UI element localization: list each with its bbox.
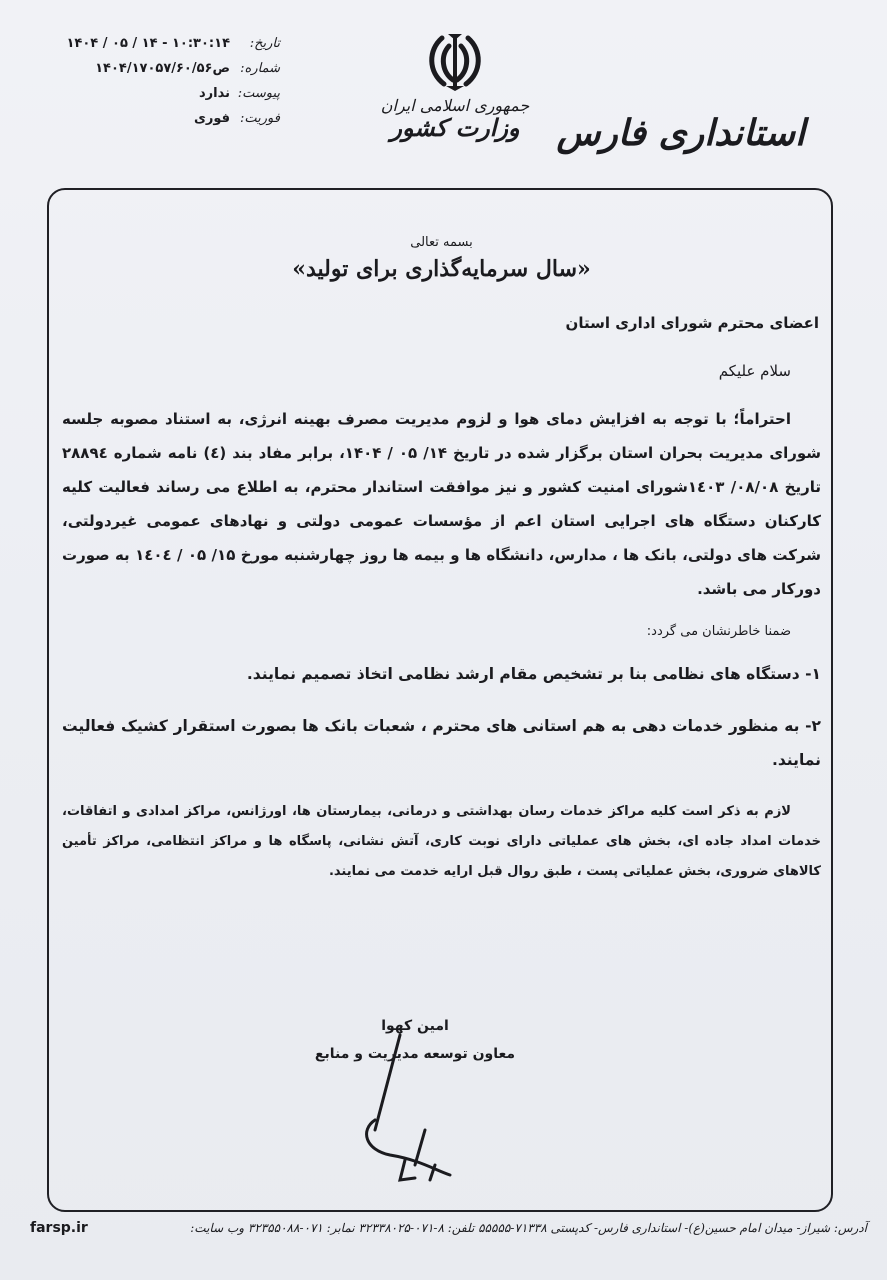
meta-date-value: ۱۴۰۴ / ۰۵ / ۱۴ - ۱۰:۳۰:۱۴ [66,36,230,51]
meta-number-label: شماره: [238,61,280,76]
invocation: بسمه تعالی [62,235,821,250]
letter-page: تاریخ: ۱۴۰۴ / ۰۵ / ۱۴ - ۱۰:۳۰:۱۴ شماره: … [0,0,887,1280]
meta-date-label: تاریخ: [238,36,280,51]
organization-title: استانداری فارس [556,112,805,154]
letter-footer: آدرس: شیراز- میدان امام حسین(ع)- استاندا… [30,1220,867,1236]
emblem-block: جمهوری اسلامی ایران وزارت کشور [380,28,530,142]
meta-attachment-value: ندارد [199,86,230,101]
meta-priority-value: فوری [194,111,230,126]
iran-emblem-icon [424,28,486,92]
letter-body: احتراماً؛ با توجه به افزایش دمای هوا و ل… [62,402,821,606]
meta-priority: فوریت: فوری [40,111,280,136]
meta-attachment: پیوست: ندارد [40,86,280,111]
footer-address: آدرس: شیراز- میدان امام حسین(ع)- استاندا… [190,1221,867,1235]
list-item: ۱- دستگاه های نظامی بنا بر تشخیص مقام ار… [62,657,821,691]
meta-priority-label: فوریت: [238,111,280,126]
addressee: اعضای محترم شورای اداری استان [62,314,819,332]
letter-note: لازم به ذکر است کلیه مراکز خدمات رسان به… [62,797,821,887]
letter-content: بسمه تعالی «سال سرمایه‌گذاری برای تولید»… [62,235,821,900]
meta-date: تاریخ: ۱۴۰۴ / ۰۵ / ۱۴ - ۱۰:۳۰:۱۴ [40,36,280,61]
ministry-name: وزارت کشور [380,113,530,142]
meta-number: شماره: ص۱۴۰۴/۱۷۰۵۷/۶۰/۵۶ [40,61,280,86]
list-item: ۲- به منظور خدمات دهی به هم استانی های م… [62,709,821,777]
meta-attachment-label: پیوست: [238,86,280,101]
greeting: سلام علیکم [62,362,791,380]
footer-website-link[interactable]: farsp.ir [30,1220,88,1236]
letter-meta: تاریخ: ۱۴۰۴ / ۰۵ / ۱۴ - ۱۰:۳۰:۱۴ شماره: … [40,36,280,136]
reminder-heading: ضمنا خاطرنشان می گردد: [62,624,791,639]
meta-number-value: ص۱۴۰۴/۱۷۰۵۷/۶۰/۵۶ [95,61,230,76]
year-motto: «سال سرمایه‌گذاری برای تولید» [62,256,821,282]
handwritten-signature-icon [360,1030,470,1190]
